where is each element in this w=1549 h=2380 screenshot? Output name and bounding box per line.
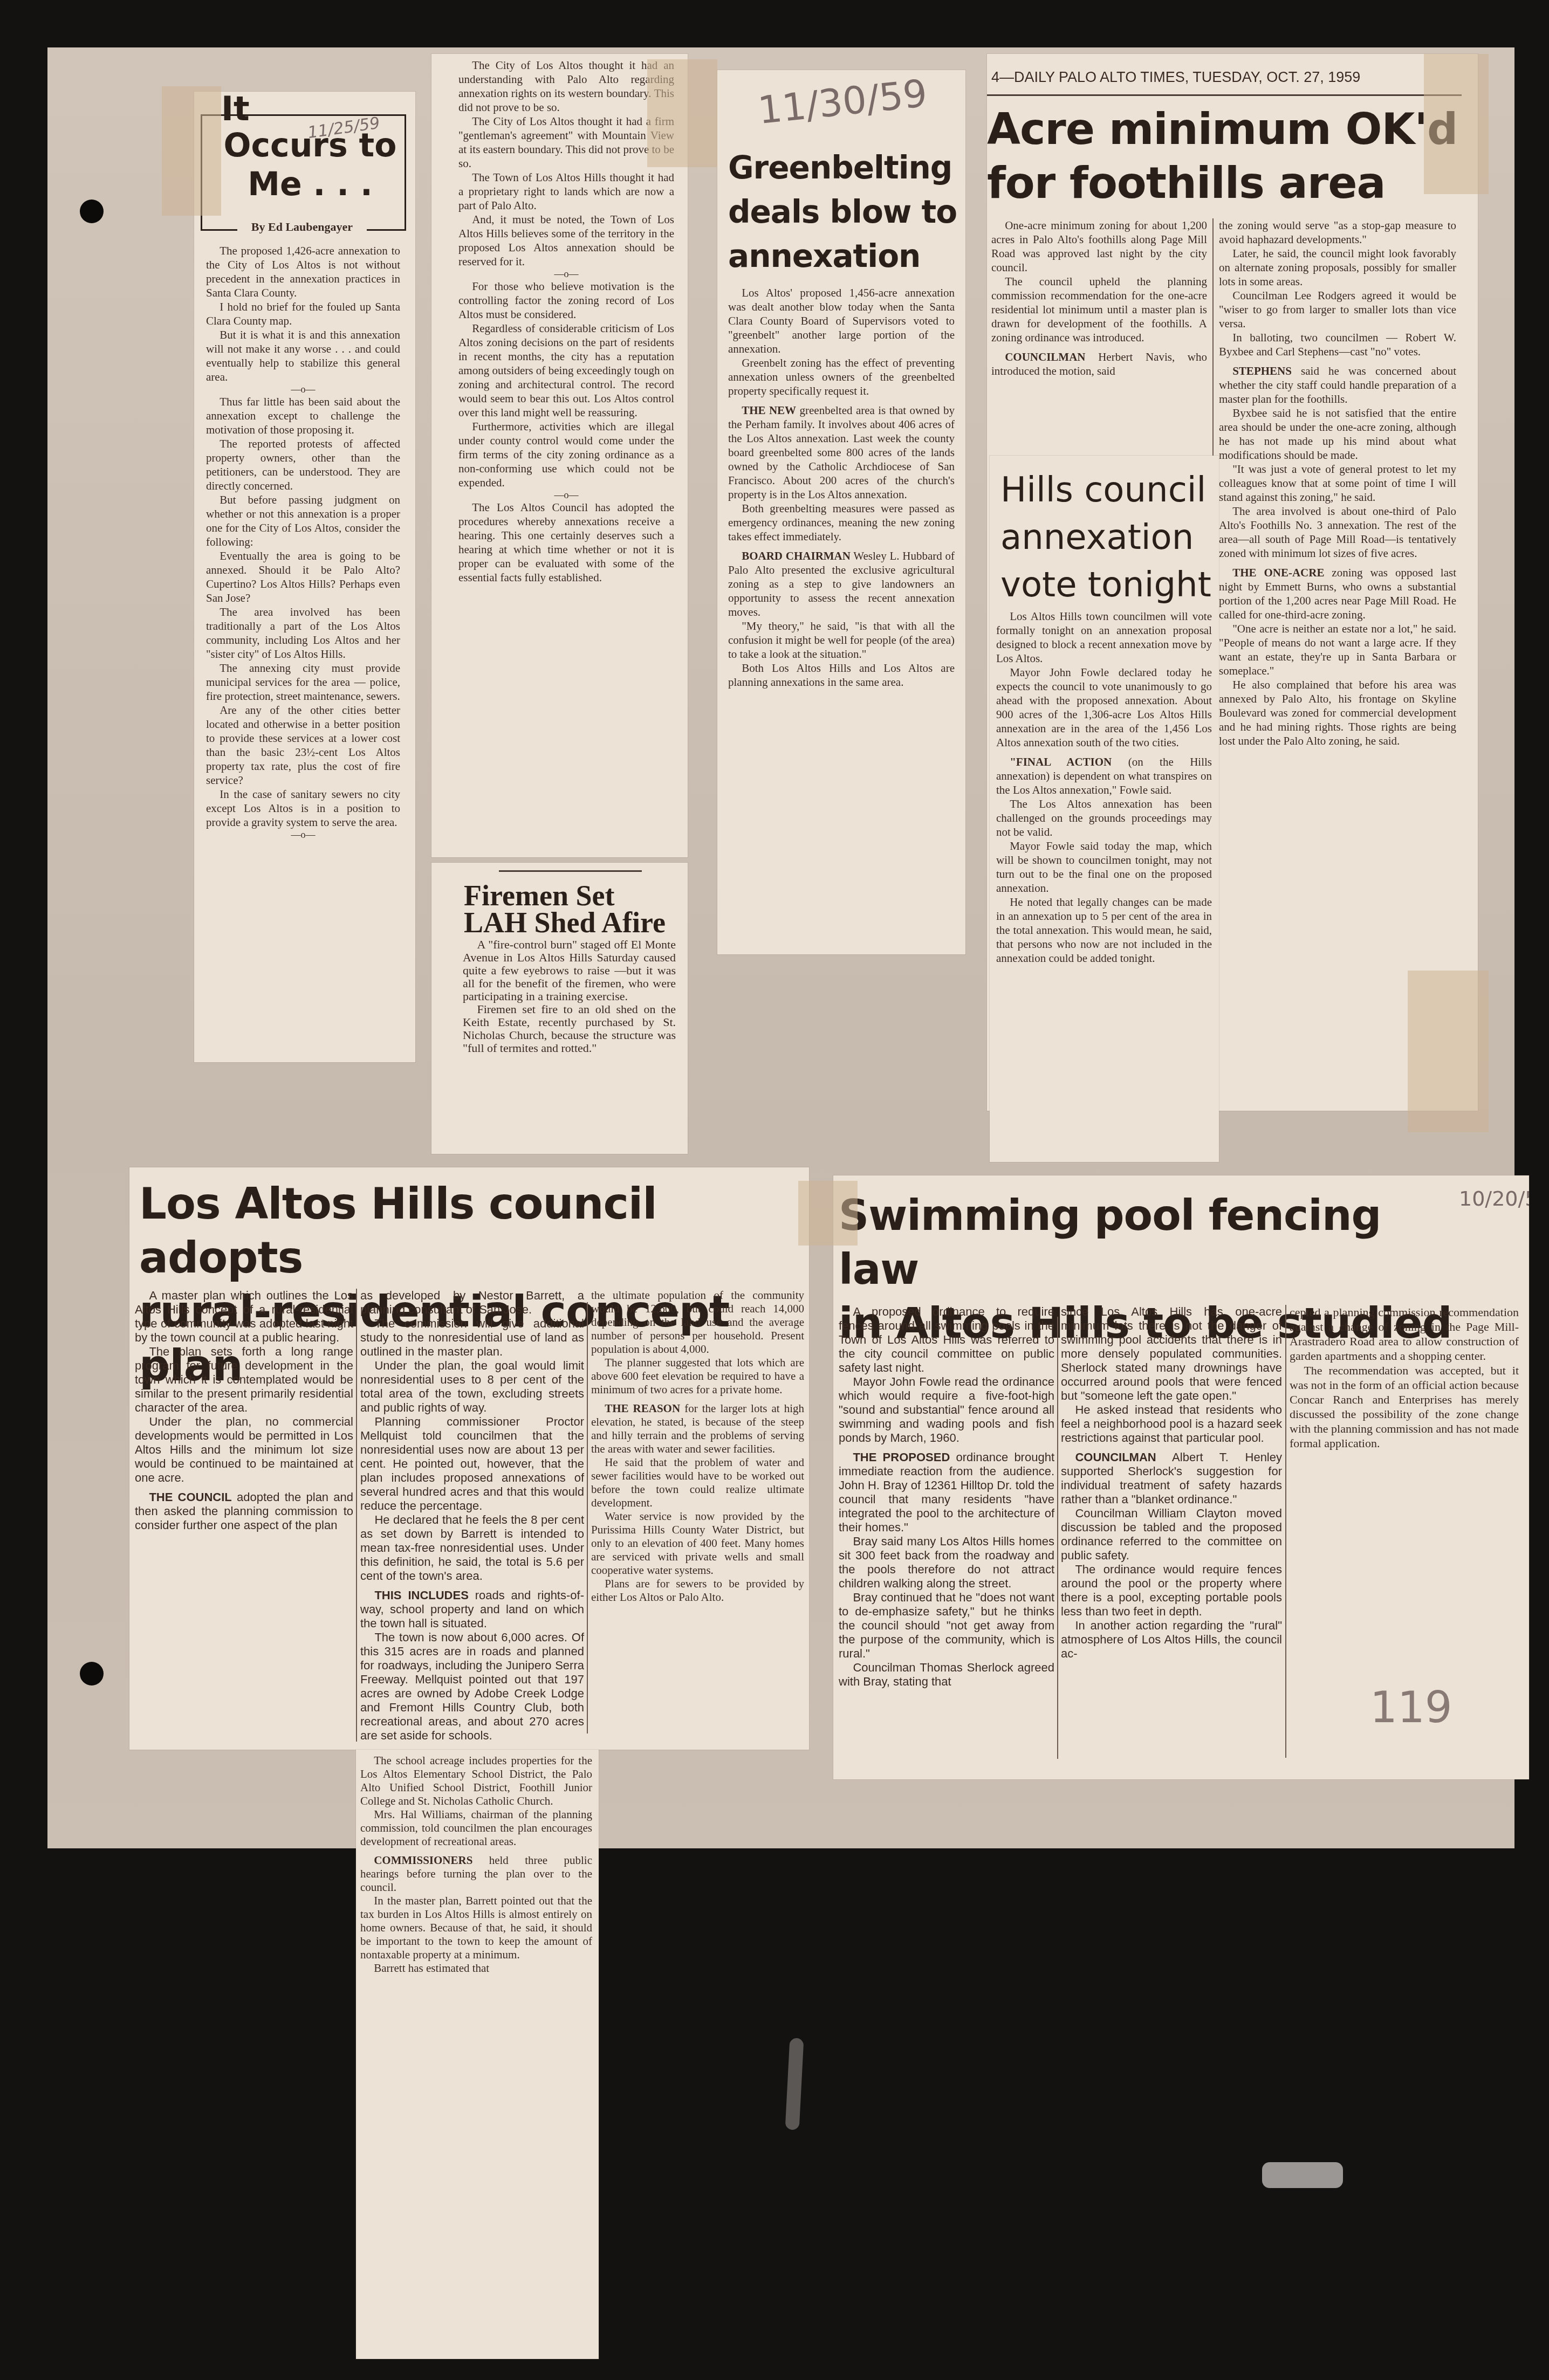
paragraph: He said that the problem of water and se…: [591, 1456, 804, 1510]
paragraph: "It was just a vote of general protest t…: [1219, 462, 1456, 504]
paragraph: He declared that he feels the 8 per cent…: [360, 1513, 584, 1583]
paragraph: Furthermore, activities which are illega…: [458, 419, 674, 490]
paragraph: Eventually the area is going to be annex…: [206, 549, 400, 605]
subhead-kicker: COUNCILMAN: [1075, 1450, 1156, 1464]
paragraph: The annexing city must provide municipal…: [206, 661, 400, 703]
paragraph: BOARD CHAIRMAN Wesley L. Hubbard of Palo…: [728, 549, 955, 619]
paragraph: Water service is now provided by the Pur…: [591, 1510, 804, 1577]
paragraph: The commission will give additional stud…: [360, 1317, 584, 1359]
subhead-kicker: BOARD CHAIRMAN: [742, 549, 851, 562]
newspaper-dateline: 4—DAILY PALO ALTO TIMES, TUESDAY, OCT. 2…: [991, 69, 1360, 86]
paragraph: And, it must be noted, the Town of Los A…: [458, 212, 674, 269]
article-column-2: as developed by Nestor Barrett, a planni…: [360, 1289, 584, 1743]
paragraph: The Los Altos Council has adopted the pr…: [458, 500, 674, 584]
divider: —o—: [458, 269, 674, 279]
paragraph: Los Altos' proposed 1,456-acre annexatio…: [728, 286, 955, 356]
paragraph: He noted that legally changes can be mad…: [996, 895, 1212, 965]
paragraph: The proposed 1,426-acre annexation to th…: [206, 244, 400, 300]
article-column-3: the ultimate population of the community…: [591, 1289, 804, 1604]
article-body: Los Altos' proposed 1,456-acre annexatio…: [728, 286, 955, 689]
clipping-it-occurs-continued: The City of Los Altos thought it had an …: [431, 54, 688, 857]
paragraph: Barrett has estimated that: [360, 1962, 592, 1975]
article-body: Los Altos Hills town councilmen will vot…: [996, 609, 1212, 965]
subhead-kicker: THE ONE-ACRE: [1232, 566, 1324, 579]
headline: Acre minimum OK'd for foothills area: [987, 102, 1462, 210]
byline: By Ed Laubengayer: [237, 220, 367, 234]
paragraph: Both Los Altos Hills and Los Altos are p…: [728, 661, 955, 689]
paragraph: One-acre minimum zoning for about 1,200 …: [991, 218, 1207, 274]
paragraph: since Los Altos Hills has one-acre minim…: [1061, 1305, 1282, 1403]
article-column-3: cepted a planning commission recommendat…: [1290, 1305, 1519, 1450]
paragraph: "One acre is neither an estate nor a lot…: [1219, 622, 1456, 678]
paragraph: the ultimate population of the community…: [591, 1289, 804, 1356]
paragraph: Mayor John Fowle declared today he expec…: [996, 665, 1212, 749]
subhead-kicker: THIS INCLUDES: [374, 1588, 468, 1602]
paragraph: Planning commissioner Proctor Mellquist …: [360, 1415, 584, 1513]
column-rule: [1057, 1317, 1058, 1759]
paragraph: The school acreage includes properties f…: [360, 1754, 592, 1808]
paragraph: Plans are for sewers to be provided by e…: [591, 1577, 804, 1604]
paragraph: The plan sets forth a long range program…: [135, 1345, 353, 1415]
article-body-continued: The City of Los Altos thought it had an …: [458, 58, 674, 584]
article-body: A "fire-control burn" staged off El Mont…: [463, 938, 676, 1055]
dateline-rule: [987, 94, 1462, 96]
column-title: It Occurs to Me . . .: [221, 92, 399, 204]
headline: Hills council annexation vote tonight: [1000, 466, 1211, 609]
handwritten-date: 11/30/59: [756, 71, 929, 133]
clipping-hills-council-vote: Hills council annexation vote tonight Lo…: [990, 456, 1219, 1162]
paragraph: Are any of the other cities better locat…: [206, 703, 400, 787]
paragraph: The City of Los Altos thought it had a f…: [458, 114, 674, 170]
paragraph: Under the plan, no commercial developmen…: [135, 1415, 353, 1485]
subhead-kicker: STEPHENS: [1232, 364, 1292, 377]
paragraph: Bray continued that he "does not want to…: [839, 1591, 1054, 1661]
subhead-kicker: COUNCILMAN: [1005, 350, 1085, 363]
paragraph: In balloting, two councilmen — Robert W.…: [1219, 331, 1456, 359]
paragraph: The Town of Los Altos Hills thought it h…: [458, 170, 674, 212]
paragraph: Councilman Lee Rodgers agreed it would b…: [1219, 288, 1456, 331]
paragraph: A master plan which outlines the Los Alt…: [135, 1289, 353, 1345]
article-column-1: A proposed ordinance to require fences a…: [839, 1305, 1054, 1689]
paragraph: The town is now about 6,000 acres. Of th…: [360, 1631, 584, 1743]
paragraph: The council upheld the planning commissi…: [991, 274, 1207, 345]
paragraph: I hold no brief for the fouled up Santa …: [206, 300, 400, 328]
subhead-kicker: THE PROPOSED: [853, 1450, 950, 1464]
article-column-2: since Los Altos Hills has one-acre minim…: [1061, 1305, 1282, 1661]
subhead-kicker: COMMISSIONERS: [374, 1854, 472, 1867]
headline: Firemen Set LAH Shed Afire: [464, 882, 669, 936]
paragraph: The area involved is about one-third of …: [1219, 504, 1456, 560]
paragraph: Mayor John Fowle read the ordinance whic…: [839, 1375, 1054, 1445]
paragraph: A "fire-control burn" staged off El Mont…: [463, 938, 676, 1003]
paragraph: The City of Los Altos thought it had an …: [458, 58, 674, 114]
paragraph: The planner suggested that lots which ar…: [591, 1356, 804, 1397]
column-rule: [1285, 1305, 1286, 1758]
column-rule: [587, 1302, 588, 1734]
paragraph: Firemen set fire to an old shed on the K…: [463, 1003, 676, 1055]
binder-hole-bottom: [80, 1662, 104, 1686]
paragraph: The ordinance would require fences aroun…: [1061, 1563, 1282, 1619]
paragraph: In the case of sanitary sewers no city e…: [206, 787, 400, 829]
paragraph: COUNCILMAN Herbert Navis, who introduced…: [991, 350, 1207, 378]
article-column-1: A master plan which outlines the Los Alt…: [135, 1289, 353, 1532]
paragraph: But it is what it is and this annexation…: [206, 328, 400, 384]
headline: Greenbelting deals blow to annexation: [728, 146, 960, 278]
clipping-firemen-set-shed-afire: Firemen Set LAH Shed Afire A "fire-contr…: [431, 863, 688, 1154]
divider-rule: [499, 870, 642, 872]
paragraph: Regardless of considerable criticism of …: [458, 321, 674, 419]
binder-hole-top: [80, 200, 104, 223]
paragraph: "My theory," he said, "is that with all …: [728, 619, 955, 661]
paragraph: The area involved has been traditionally…: [206, 605, 400, 661]
paragraph: COMMISSIONERS held three public hearings…: [360, 1854, 592, 1894]
paragraph: Los Altos Hills town councilmen will vot…: [996, 609, 1212, 665]
paragraph: The recommendation was accepted, but it …: [1290, 1363, 1519, 1450]
paragraph: But before passing judgment on whether o…: [206, 493, 400, 549]
paragraph: Mayor Fowle said today the map, which wi…: [996, 839, 1212, 895]
handwritten-page-number: 119: [1370, 1682, 1452, 1732]
paragraph: THE ONE-ACRE zoning was opposed last nig…: [1219, 566, 1456, 622]
paragraph: Mrs. Hal Williams, chairman of the plann…: [360, 1808, 592, 1848]
paragraph: Byxbee said he is not satisfied that the…: [1219, 406, 1456, 462]
paragraph: Later, he said, the council might look f…: [1219, 246, 1456, 288]
paragraph: Greenbelt zoning has the effect of preve…: [728, 356, 955, 398]
paragraph: In the master plan, Barrett pointed out …: [360, 1894, 592, 1962]
handwritten-date: 10/20/59: [1459, 1186, 1513, 1211]
paragraph: the zoning would serve "as a stop-gap me…: [1219, 218, 1456, 246]
tape-strip: [647, 59, 717, 167]
subhead-kicker: THE NEW: [742, 404, 796, 417]
clipping-master-plan-continued: The school acreage includes properties f…: [356, 1750, 599, 2359]
paragraph: THE REASON for the larger lots at high e…: [591, 1402, 804, 1456]
paragraph: Bray said many Los Altos Hills homes sit…: [839, 1535, 1054, 1591]
divider: —o—: [458, 490, 674, 500]
paragraph: THE COUNCIL adopted the plan and then as…: [135, 1490, 353, 1532]
binder-slot: [1262, 2162, 1343, 2188]
paragraph: The reported protests of affected proper…: [206, 437, 400, 493]
paragraph: STEPHENS said he was concerned about whe…: [1219, 364, 1456, 406]
paragraph: Under the plan, the goal would limit non…: [360, 1359, 584, 1415]
paragraph: as developed by Nestor Barrett, a planni…: [360, 1289, 584, 1317]
subhead-kicker: THE REASON: [605, 1402, 680, 1415]
article-column-2-continued: The school acreage includes properties f…: [360, 1754, 592, 1975]
paragraph: The Los Altos annexation has been challe…: [996, 797, 1212, 839]
paragraph: THE PROPOSED ordinance brought immediate…: [839, 1450, 1054, 1535]
paragraph: He also complained that before his area …: [1219, 678, 1456, 748]
divider: —o—: [206, 829, 400, 840]
divider: —o—: [206, 384, 400, 395]
paragraph: THE NEW greenbelted area is that owned b…: [728, 403, 955, 501]
article-body: The proposed 1,426-acre annexation to th…: [206, 244, 400, 840]
paragraph: He asked instead that residents who feel…: [1061, 1403, 1282, 1445]
tape-strip: [1424, 54, 1489, 194]
paragraph: THIS INCLUDES roads and rights-of-way, s…: [360, 1588, 584, 1631]
article-column-1: One-acre minimum zoning for about 1,200 …: [991, 218, 1207, 378]
tape-strip: [798, 1181, 858, 1246]
clipping-it-occurs-to-me: It Occurs to Me . . . 11/25/59 By Ed Lau…: [194, 92, 415, 1062]
subhead-kicker: THE COUNCIL: [149, 1490, 231, 1504]
paragraph: COUNCILMAN Albert T. Henley supported Sh…: [1061, 1450, 1282, 1507]
paragraph: Councilman William Clayton moved discuss…: [1061, 1507, 1282, 1563]
tape-strip: [162, 86, 221, 216]
tape-strip: [1408, 971, 1489, 1132]
paragraph: "FINAL ACTION (on the Hills annexation) …: [996, 755, 1212, 797]
paragraph: In another action regarding the "rural" …: [1061, 1619, 1282, 1661]
clipping-master-plan: Los Altos Hills council adopts rural-res…: [129, 1167, 809, 1750]
paragraph: For those who believe motivation is the …: [458, 279, 674, 321]
paragraph: A proposed ordinance to require fences a…: [839, 1305, 1054, 1375]
clipping-greenbelting: 11/30/59 Greenbelting deals blow to anne…: [717, 70, 965, 954]
paragraph: Thus far little has been said about the …: [206, 395, 400, 437]
binder-slot: [785, 2038, 804, 2130]
article-column-2: the zoning would serve "as a stop-gap me…: [1219, 218, 1456, 748]
subhead-kicker: "FINAL ACTION: [1010, 755, 1112, 768]
column-rule: [356, 1289, 357, 1742]
paragraph: cepted a planning commission recommendat…: [1290, 1305, 1519, 1363]
paragraph: Councilman Thomas Sherlock agreed with B…: [839, 1661, 1054, 1689]
paragraph: Both greenbelting measures were passed a…: [728, 501, 955, 544]
